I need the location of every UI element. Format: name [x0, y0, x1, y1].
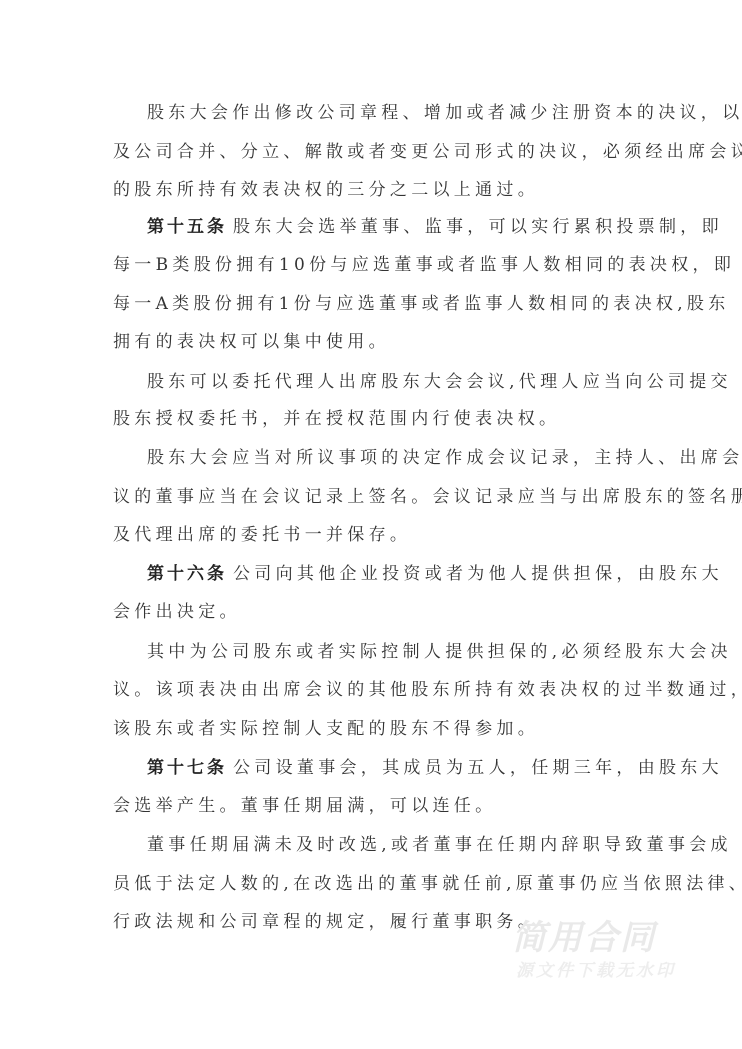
watermark-brand: 简用合同 [512, 918, 712, 958]
text-line: 及公司合并、分立、解散或者变更公司形式的决议，必须经出席会议 [113, 139, 599, 165]
text-line: 议的董事应当在会议记录上签名。会议记录应当与出席股东的签名册 [113, 484, 599, 510]
text-line: 其中为公司股东或者实际控制人提供担保的,必须经股东大会决 [147, 639, 599, 665]
article-17-first-line: 第十七条公司设董事会，其成员为五人，任期三年，由股东大 [147, 755, 599, 781]
text-line: 议。该项表决由出席会议的其他股东所持有效表决权的过半数通过， [113, 677, 599, 703]
text-line: 拥有的表决权可以集中使用。 [113, 329, 599, 355]
watermark: 简用合同 源文件下载无水印 [512, 918, 712, 984]
text-line: 会选举产生。董事任期届满，可以连任。 [113, 793, 599, 819]
document-page: 股东大会作出修改公司章程、增加或者减少注册资本的决议，以 及公司合并、分立、解散… [0, 0, 742, 1049]
text-line: 股东大会作出修改公司章程、增加或者减少注册资本的决议，以 [147, 100, 599, 126]
text-line: 股东可以委托代理人出席股东大会会议,代理人应当向公司提交 [147, 369, 599, 395]
text-line: 员低于法定人数的,在改选出的董事就任前,原董事仍应当依照法律、 [113, 871, 599, 897]
article-heading: 第十五条 [147, 217, 227, 237]
article-heading: 第十七条 [147, 758, 227, 778]
text-line: 股东授权委托书，并在授权范围内行使表决权。 [113, 406, 599, 432]
text-line: 的股东所持有效表决权的三分之二以上通过。 [113, 177, 599, 203]
text-line: 每一B类股份拥有10份与应选董事或者监事人数相同的表决权，即 [113, 252, 599, 278]
article-15-first-line: 第十五条股东大会选举董事、监事，可以实行累积投票制，即 [147, 214, 599, 240]
text-line: 该股东或者实际控制人支配的股东不得参加。 [113, 716, 599, 742]
text-line: 公司设董事会，其成员为五人，任期三年，由股东大 [233, 758, 723, 778]
watermark-caption: 源文件下载无水印 [516, 958, 712, 984]
article-heading: 第十六条 [147, 564, 227, 584]
text-line: 会作出决定。 [113, 599, 599, 625]
text-line: 股东大会应当对所议事项的决定作成会议记录，主持人、出席会 [147, 445, 599, 471]
text-line: 及代理出席的委托书一并保存。 [113, 522, 599, 548]
text-line: 公司向其他企业投资或者为他人提供担保，由股东大 [233, 564, 723, 584]
text-line: 股东大会选举董事、监事，可以实行累积投票制，即 [233, 217, 723, 237]
text-line: 每一A类股份拥有1份与应选董事或者监事人数相同的表决权,股东 [113, 291, 599, 317]
article-16-first-line: 第十六条公司向其他企业投资或者为他人提供担保，由股东大 [147, 561, 599, 587]
text-line: 董事任期届满未及时改选,或者董事在任期内辞职导致董事会成 [147, 832, 599, 858]
